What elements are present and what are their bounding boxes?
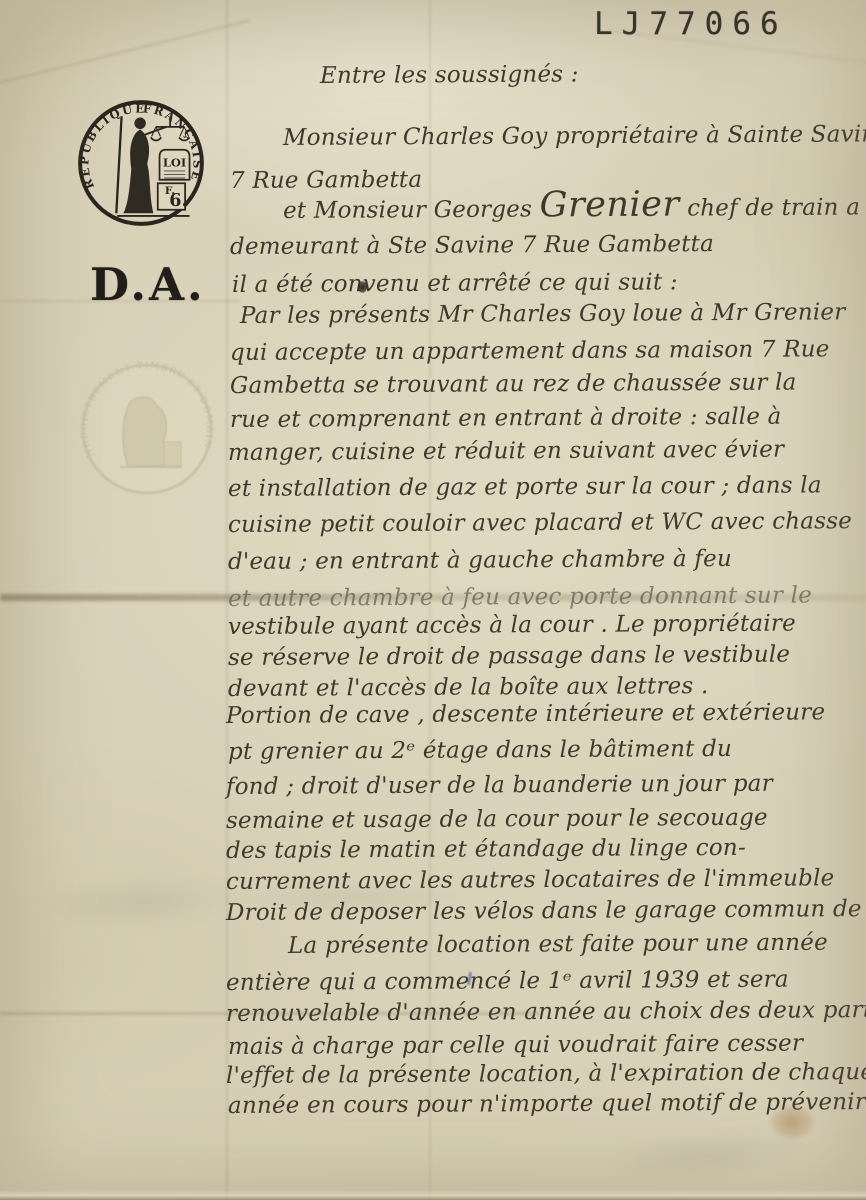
manuscript-line: et installation de gaz et porte sur la c… — [228, 472, 822, 502]
manuscript-line: il a été convenu et arrêté ce qui suit : — [232, 269, 678, 298]
tenant-name: Grenier — [539, 185, 679, 226]
manuscript-line: Entre les soussignés : — [320, 61, 579, 89]
manuscript-line: pt grenier au 2ᵉ étage dans le bâtiment … — [228, 736, 732, 765]
manuscript-line: fond ; droit d'user de la buanderie un j… — [226, 771, 773, 800]
manuscript-line: devant et l'accès de la boîte aux lettre… — [228, 673, 709, 702]
document-page: LJ77066 RÉPUBLIQUE FRANÇAISE — [0, 0, 866, 1200]
line-text: chef de train a la SNCF — [680, 194, 866, 222]
manuscript-line: renouvelable d'année en année au choix d… — [226, 997, 866, 1027]
manuscript-line: Portion de cave , descente intérieure et… — [226, 699, 825, 729]
tax-stamp-seal: RÉPUBLIQUE FRANÇAISE — [66, 88, 216, 238]
manuscript-line: currement avec les autres locataires de … — [226, 865, 835, 895]
manuscript-line: et Monsieur Georges Grenier chef de trai… — [283, 186, 866, 225]
manuscript-line: entière qui a commencé le 1ᵉ avril 1939 … — [226, 967, 789, 996]
ink-showthrough — [35, 867, 248, 938]
manuscript-line: Gambetta se trouvant au rez de chaussée … — [230, 370, 797, 399]
manuscript-line: demeurant à Ste Savine 7 Rue Gambetta — [230, 231, 714, 260]
manuscript-line: année en cours pour n'importe quel motif… — [228, 1089, 866, 1119]
paper-bottom-edge — [0, 1190, 866, 1200]
manuscript-line: et autre chambre à feu avec porte donnan… — [228, 582, 812, 612]
manuscript-line: se réserve le droit de passage dans le v… — [228, 642, 790, 671]
svg-text:6.: 6. — [169, 190, 187, 211]
embossed-seal: ENREGISTREMENT TIMBRE ET DOMAINES — [72, 354, 222, 504]
manuscript-line: Droit de deposer les vélos dans le garag… — [226, 896, 866, 926]
manuscript-line: La présente location est faite pour une … — [288, 930, 828, 959]
svg-text:LOI: LOI — [163, 156, 186, 170]
manuscript-line: vestibule ayant accès à la cour . Le pro… — [228, 611, 796, 640]
stamp-denomination: F. 6. — [158, 183, 188, 211]
manuscript-line: semaine et usage de la cour pour le seco… — [226, 805, 768, 834]
manuscript-line: l'effet de la présente location, à l'exp… — [226, 1059, 866, 1089]
manuscript-line: Monsieur Charles Goy propriétaire à Sain… — [283, 121, 866, 151]
manuscript-line: mais à charge par celle qui voudrait fai… — [228, 1030, 803, 1060]
manuscript-line: des tapis le matin et étandage du linge … — [226, 835, 746, 864]
wrinkle-crease — [0, 19, 250, 86]
manuscript-line: cuisine petit couloir avec placard et WC… — [228, 508, 852, 538]
loi-tablet: LOI — [160, 150, 190, 180]
manuscript-line: d'eau ; en entrant à gauche chambre à fe… — [228, 546, 732, 575]
reference-number-stamp: LJ77066 — [594, 6, 788, 42]
manuscript-line: rue et comprenant en entrant à droite : … — [230, 404, 782, 433]
manuscript-line: manger, cuisine et réduit en suivant ave… — [228, 437, 784, 466]
line-text: Droit de deposer les vélos dans le garag… — [226, 896, 866, 926]
line-text: et Monsieur Georges — [283, 196, 540, 224]
manuscript-line: qui accepte un appartement dans sa maiso… — [230, 336, 830, 366]
ink-showthrough — [588, 1122, 821, 1190]
manuscript-line: Par les présents Mr Charles Goy loue à M… — [240, 299, 846, 329]
da-designation: D.A. — [90, 258, 206, 311]
